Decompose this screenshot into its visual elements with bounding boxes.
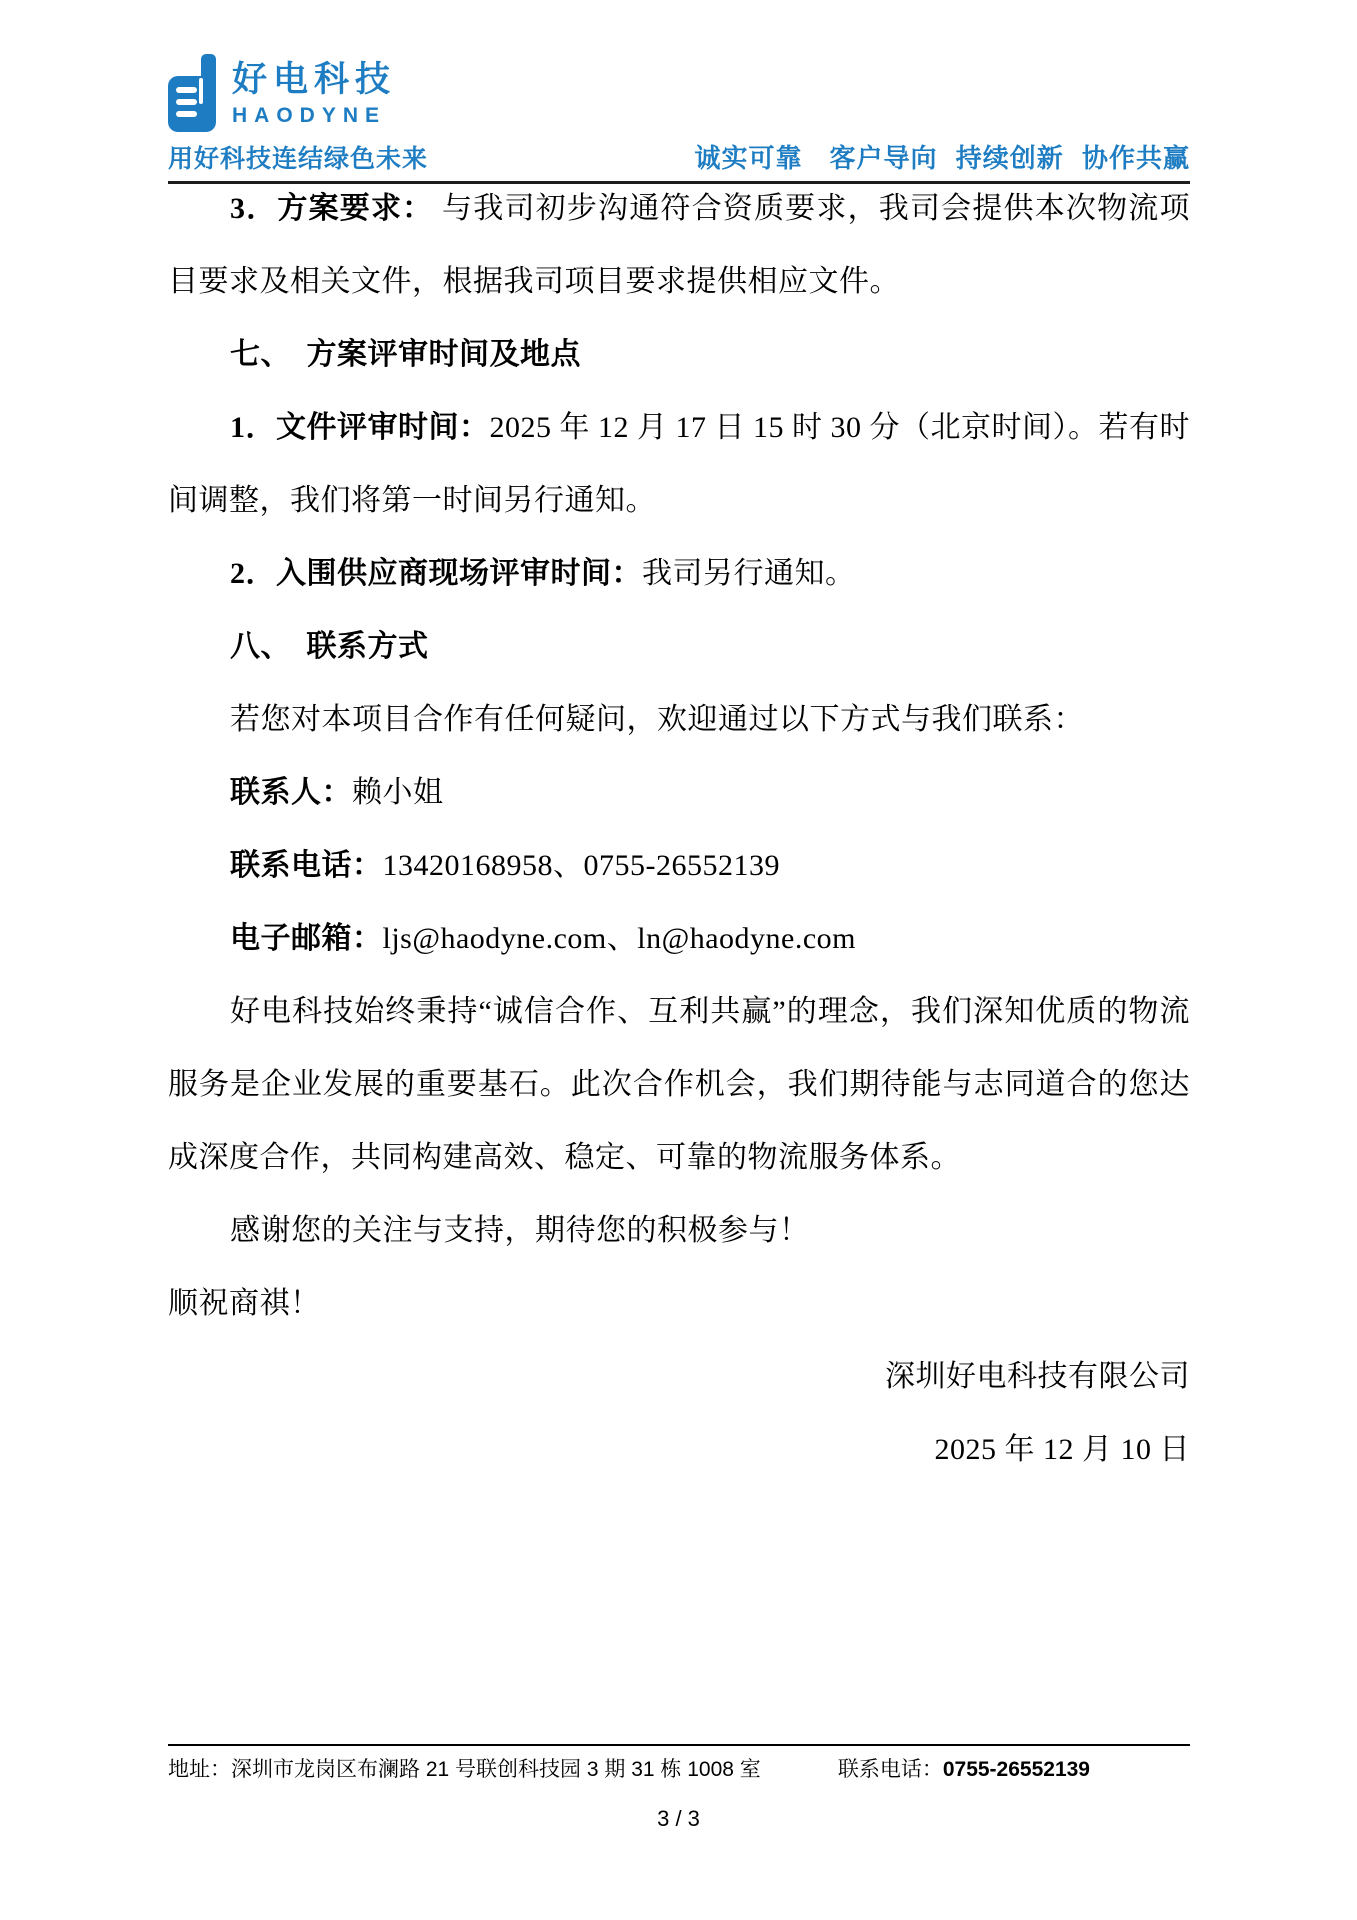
company-slogan: 诚实可靠 客户导向 持续创新 协作共赢 <box>695 138 1190 175</box>
paragraph-text: ljs@haodyne.com、ln@haodyne.com <box>383 922 857 955</box>
page-number: 3 / 3 <box>0 1804 1357 1834</box>
footer-address: 地址：深圳市龙岗区布澜路 21 号联创科技园 3 期 31 栋 1008 室 <box>168 1755 761 1785</box>
paragraph-text: 若您对本项目合作有任何疑问，欢迎通过以下方式与我们联系： <box>230 703 1084 736</box>
footer-phone: 联系电话：0755-26552139 <box>838 1755 1090 1785</box>
signature-text: 深圳好电科技有限公司 <box>885 1360 1190 1393</box>
logo-line <box>176 87 197 93</box>
footer-row: 地址：深圳市龙岗区布澜路 21 号联创科技园 3 期 31 栋 1008 室 联… <box>168 1755 1190 1785</box>
tagline-row: 用好科技连结绿色未来 诚实可靠 客户导向 持续创新 协作共赢 <box>168 138 1190 175</box>
paragraph-lead: 联系人： <box>230 776 352 809</box>
paragraph-contact-person: 联系人：赖小姐 <box>168 756 1190 829</box>
paragraph-text: 13420168958、0755-26552139 <box>383 849 781 882</box>
heading-text: 七、 方案评审时间及地点 <box>230 338 581 371</box>
paragraph-text: 感谢您的关注与支持，期待您的积极参与！ <box>230 1214 810 1247</box>
heading-text: 八、 联系方式 <box>230 630 429 663</box>
company-tagline: 用好科技连结绿色未来 <box>168 139 428 175</box>
address-text: 深圳市龙岗区布澜路 21 号联创科技园 3 期 31 栋 1008 室 <box>231 1758 761 1781</box>
signature-date: 2025 年 12 月 10 日 <box>168 1413 1190 1486</box>
paragraph-lead: 联系电话： <box>230 849 383 882</box>
paragraph-text: 我司另行通知。 <box>642 557 856 590</box>
document-body: 3．方案要求： 与我司初步沟通符合资质要求，我司会提供本次物流项目要求及相关文件… <box>168 172 1190 1486</box>
battery-logo-icon <box>168 54 216 132</box>
heading-section-8: 八、 联系方式 <box>168 610 1190 683</box>
logo-line <box>176 99 197 105</box>
paragraph-thanks: 感谢您的关注与支持，期待您的积极参与！ <box>168 1194 1190 1267</box>
document-page: 好电科技 HAODYNE 用好科技连结绿色未来 诚实可靠 客户导向 持续创新 协… <box>0 0 1357 1920</box>
page-footer: 地址：深圳市龙岗区布澜路 21 号联创科技园 3 期 31 栋 1008 室 联… <box>168 1744 1190 1785</box>
logo-line <box>176 111 197 117</box>
paragraph-plan-requirements: 3．方案要求： 与我司初步沟通符合资质要求，我司会提供本次物流项目要求及相关文件… <box>168 172 1190 318</box>
paragraph-text: 顺祝商祺！ <box>168 1287 321 1320</box>
paragraph-review-time: 1．文件评审时间：2025 年 12 月 17 日 15 时 30 分（北京时间… <box>168 391 1190 537</box>
heading-section-7: 七、 方案评审时间及地点 <box>168 318 1190 391</box>
signature-company: 深圳好电科技有限公司 <box>168 1340 1190 1413</box>
address-label: 地址： <box>168 1758 231 1781</box>
logo-slit <box>199 78 203 104</box>
paragraph-contact-phone: 联系电话：13420168958、0755-26552139 <box>168 829 1190 902</box>
paragraph-text: 赖小姐 <box>352 776 444 809</box>
letterhead: 好电科技 HAODYNE 用好科技连结绿色未来 诚实可靠 客户导向 持续创新 协… <box>168 54 1190 184</box>
phone-label: 联系电话： <box>838 1758 943 1781</box>
paragraph-contact-email: 电子邮箱：ljs@haodyne.com、ln@haodyne.com <box>168 902 1190 975</box>
paragraph-lead: 电子邮箱： <box>230 922 383 955</box>
paragraph-contact-intro: 若您对本项目合作有任何疑问，欢迎通过以下方式与我们联系： <box>168 683 1190 756</box>
phone-number: 0755-26552139 <box>943 1758 1090 1781</box>
logo-row: 好电科技 HAODYNE <box>168 54 1190 132</box>
signature-text: 2025 年 12 月 10 日 <box>935 1433 1191 1466</box>
brand-name-cn: 好电科技 <box>232 60 396 100</box>
brand-text: 好电科技 HAODYNE <box>232 54 396 128</box>
paragraph-lead: 2．入围供应商现场评审时间： <box>230 557 642 590</box>
paragraph-salute: 顺祝商祺！ <box>168 1267 1190 1340</box>
paragraph-onsite-review: 2．入围供应商现场评审时间：我司另行通知。 <box>168 537 1190 610</box>
brand-name-en: HAODYNE <box>232 104 396 128</box>
paragraph-text: 好电科技始终秉持“诚信合作、互利共赢”的理念，我们深知优质的物流服务是企业发展的… <box>168 995 1190 1174</box>
paragraph-lead: 3．方案要求： <box>230 192 433 225</box>
paragraph-closing-statement: 好电科技始终秉持“诚信合作、互利共赢”的理念，我们深知优质的物流服务是企业发展的… <box>168 975 1190 1194</box>
paragraph-lead: 1．文件评审时间： <box>230 411 490 444</box>
